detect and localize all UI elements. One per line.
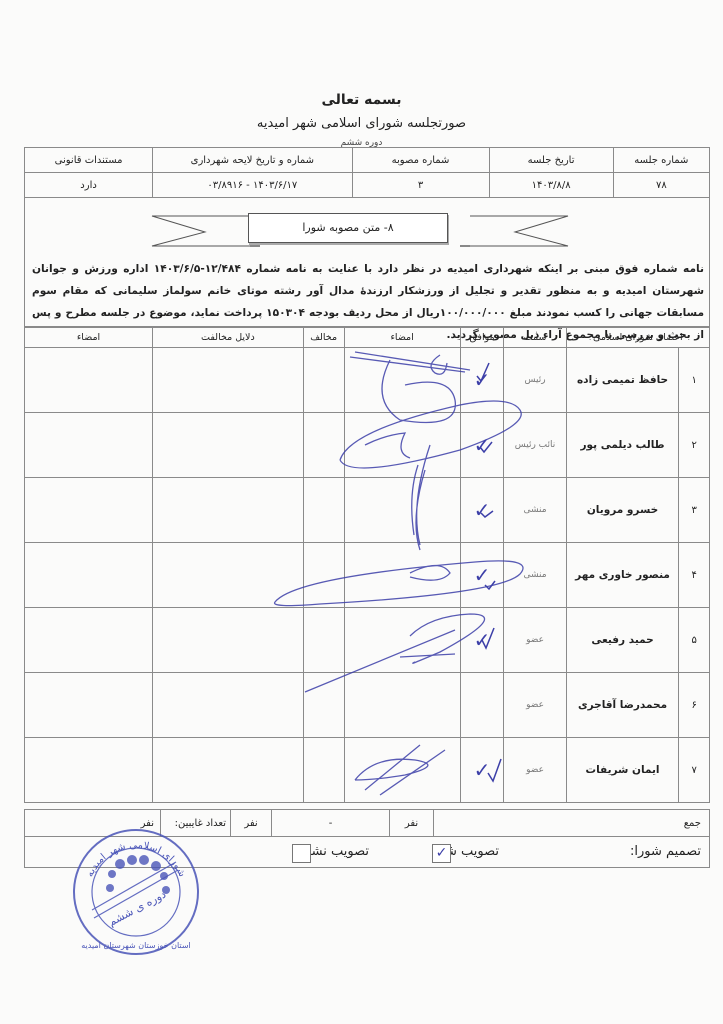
signature-disagree-cell	[25, 608, 153, 673]
member-name: خسرو مرویان	[566, 478, 679, 543]
member-name: طالب دیلمی پور	[566, 413, 679, 478]
page-title: صورتجلسه شورای اسلامی شهر امیدیه	[0, 116, 723, 131]
approved-checkbox[interactable]: ✓	[432, 844, 451, 863]
member-name: حافظ تمیمی زاده	[566, 348, 679, 413]
disagree-total: نفر	[231, 810, 272, 837]
legal-docs-value: دارد	[25, 173, 153, 198]
member-number: ۲	[679, 413, 710, 478]
reasons-cell	[153, 478, 304, 543]
agree-check: ✓	[460, 608, 504, 673]
member-number: ۳	[679, 478, 710, 543]
session-info-table: مستندات قانونی شماره و تاریخ لایحه شهردا…	[24, 147, 710, 198]
signature-agree-cell	[344, 543, 460, 608]
reasons-cell	[153, 348, 304, 413]
signature-agree-cell	[344, 673, 460, 738]
agree-check: ✓	[460, 738, 504, 803]
disagree-cell	[303, 608, 344, 673]
agree-check	[460, 673, 504, 738]
disagree-cell	[303, 478, 344, 543]
table-row: ✓ منشی منصور خاوری مهر ۴	[25, 543, 710, 608]
member-number: ۵	[679, 608, 710, 673]
reasons-cell	[153, 413, 304, 478]
reasons-cell	[153, 608, 304, 673]
session-date-header: تاریخ جلسه	[489, 148, 613, 173]
member-number: ۶	[679, 673, 710, 738]
resolution-number-header: شماره مصوبه	[352, 148, 489, 173]
rejected-checkbox[interactable]	[292, 844, 311, 863]
reasons-cell	[153, 738, 304, 803]
table-row: ✓ نائب رئیس طالب دیلمی پور ۲	[25, 413, 710, 478]
signature-agree-header: امضاء	[344, 328, 460, 348]
signature-agree-cell	[344, 608, 460, 673]
member-role: عضو	[504, 608, 566, 673]
reasons-cell	[153, 673, 304, 738]
member-number: ۱	[679, 348, 710, 413]
members-table: امضاء دلایل مخالفت مخالف امضاء موافق سمت…	[24, 327, 710, 803]
session-date-value: ۱۴۰۳/۸/۸	[489, 173, 613, 198]
signature-disagree-header: امضاء	[25, 328, 153, 348]
member-name: منصور خاوری مهر	[566, 543, 679, 608]
rejected-label: تصویب نشد	[305, 844, 369, 859]
signature-disagree-cell	[25, 738, 153, 803]
session-number-value: ۷۸	[613, 173, 709, 198]
resolution-number-value: ۳	[352, 173, 489, 198]
agree-check: ✓	[460, 348, 504, 413]
agree-header: موافق	[460, 328, 504, 348]
legal-docs-header: مستندات قانونی	[25, 148, 153, 173]
member-role: عضو	[504, 738, 566, 803]
disagree-cell	[303, 543, 344, 608]
agree-total: نفر	[390, 810, 434, 837]
section-title: ۸- متن مصوبه شورا	[248, 213, 448, 243]
agree-check: ✓	[460, 413, 504, 478]
signature-disagree-cell	[25, 348, 153, 413]
disagree-cell	[303, 738, 344, 803]
total-dash: -	[272, 810, 390, 837]
signature-disagree-cell	[25, 673, 153, 738]
member-number: ۷	[679, 738, 710, 803]
bill-number-header: شماره و تاریخ لایحه شهرداری	[153, 148, 352, 173]
member-name: ایمان شریفات	[566, 738, 679, 803]
agree-check: ✓	[460, 478, 504, 543]
session-number-header: شماره جلسه	[613, 148, 709, 173]
signature-agree-cell	[344, 738, 460, 803]
signature-agree-cell	[344, 413, 460, 478]
table-row: ✓ رئیس حافظ تمیمی زاده ۱	[25, 348, 710, 413]
member-role: رئیس	[504, 348, 566, 413]
bill-number-value: ۱۴۰۳/۶/۱۷ - ۰۳/۸۹۱۶	[153, 173, 352, 198]
signature-disagree-cell	[25, 478, 153, 543]
table-row: ✓ عضو حمید رفیعی ۵	[25, 608, 710, 673]
disagree-cell	[303, 413, 344, 478]
disagree-cell	[303, 673, 344, 738]
invocation: بسمه تعالی	[0, 92, 723, 108]
signature-disagree-cell	[25, 543, 153, 608]
member-name: محمدرضا آقاجری	[566, 673, 679, 738]
member-role: منشی	[504, 543, 566, 608]
table-row: ✓ عضو ایمان شریفات ۷	[25, 738, 710, 803]
disagree-cell	[303, 348, 344, 413]
member-role: نائب رئیس	[504, 413, 566, 478]
table-row: عضو محمدرضا آقاجری ۶	[25, 673, 710, 738]
signature-agree-cell	[344, 348, 460, 413]
role-header: سمت	[504, 328, 566, 348]
decision-label: تصمیم شورا:	[630, 844, 701, 859]
member-role: عضو	[504, 673, 566, 738]
member-header: اعضای شورای اسلامی	[566, 328, 709, 348]
reasons-cell	[153, 543, 304, 608]
disagree-header: مخالف	[303, 328, 344, 348]
total-label: جمع	[434, 810, 710, 837]
agree-check: ✓	[460, 543, 504, 608]
council-stamp-icon: شورای اسلامی شهر امیدیه دوره ی ششم استان…	[70, 826, 202, 958]
member-name: حمید رفیعی	[566, 608, 679, 673]
stamp-bottom-text: استان خوزستان شهرستان امیدیه	[81, 941, 191, 950]
table-row: ✓ منشی خسرو مرویان ۳	[25, 478, 710, 543]
reasons-header: دلایل مخالفت	[153, 328, 304, 348]
member-role: منشی	[504, 478, 566, 543]
signature-disagree-cell	[25, 413, 153, 478]
signature-agree-cell	[344, 478, 460, 543]
member-number: ۴	[679, 543, 710, 608]
